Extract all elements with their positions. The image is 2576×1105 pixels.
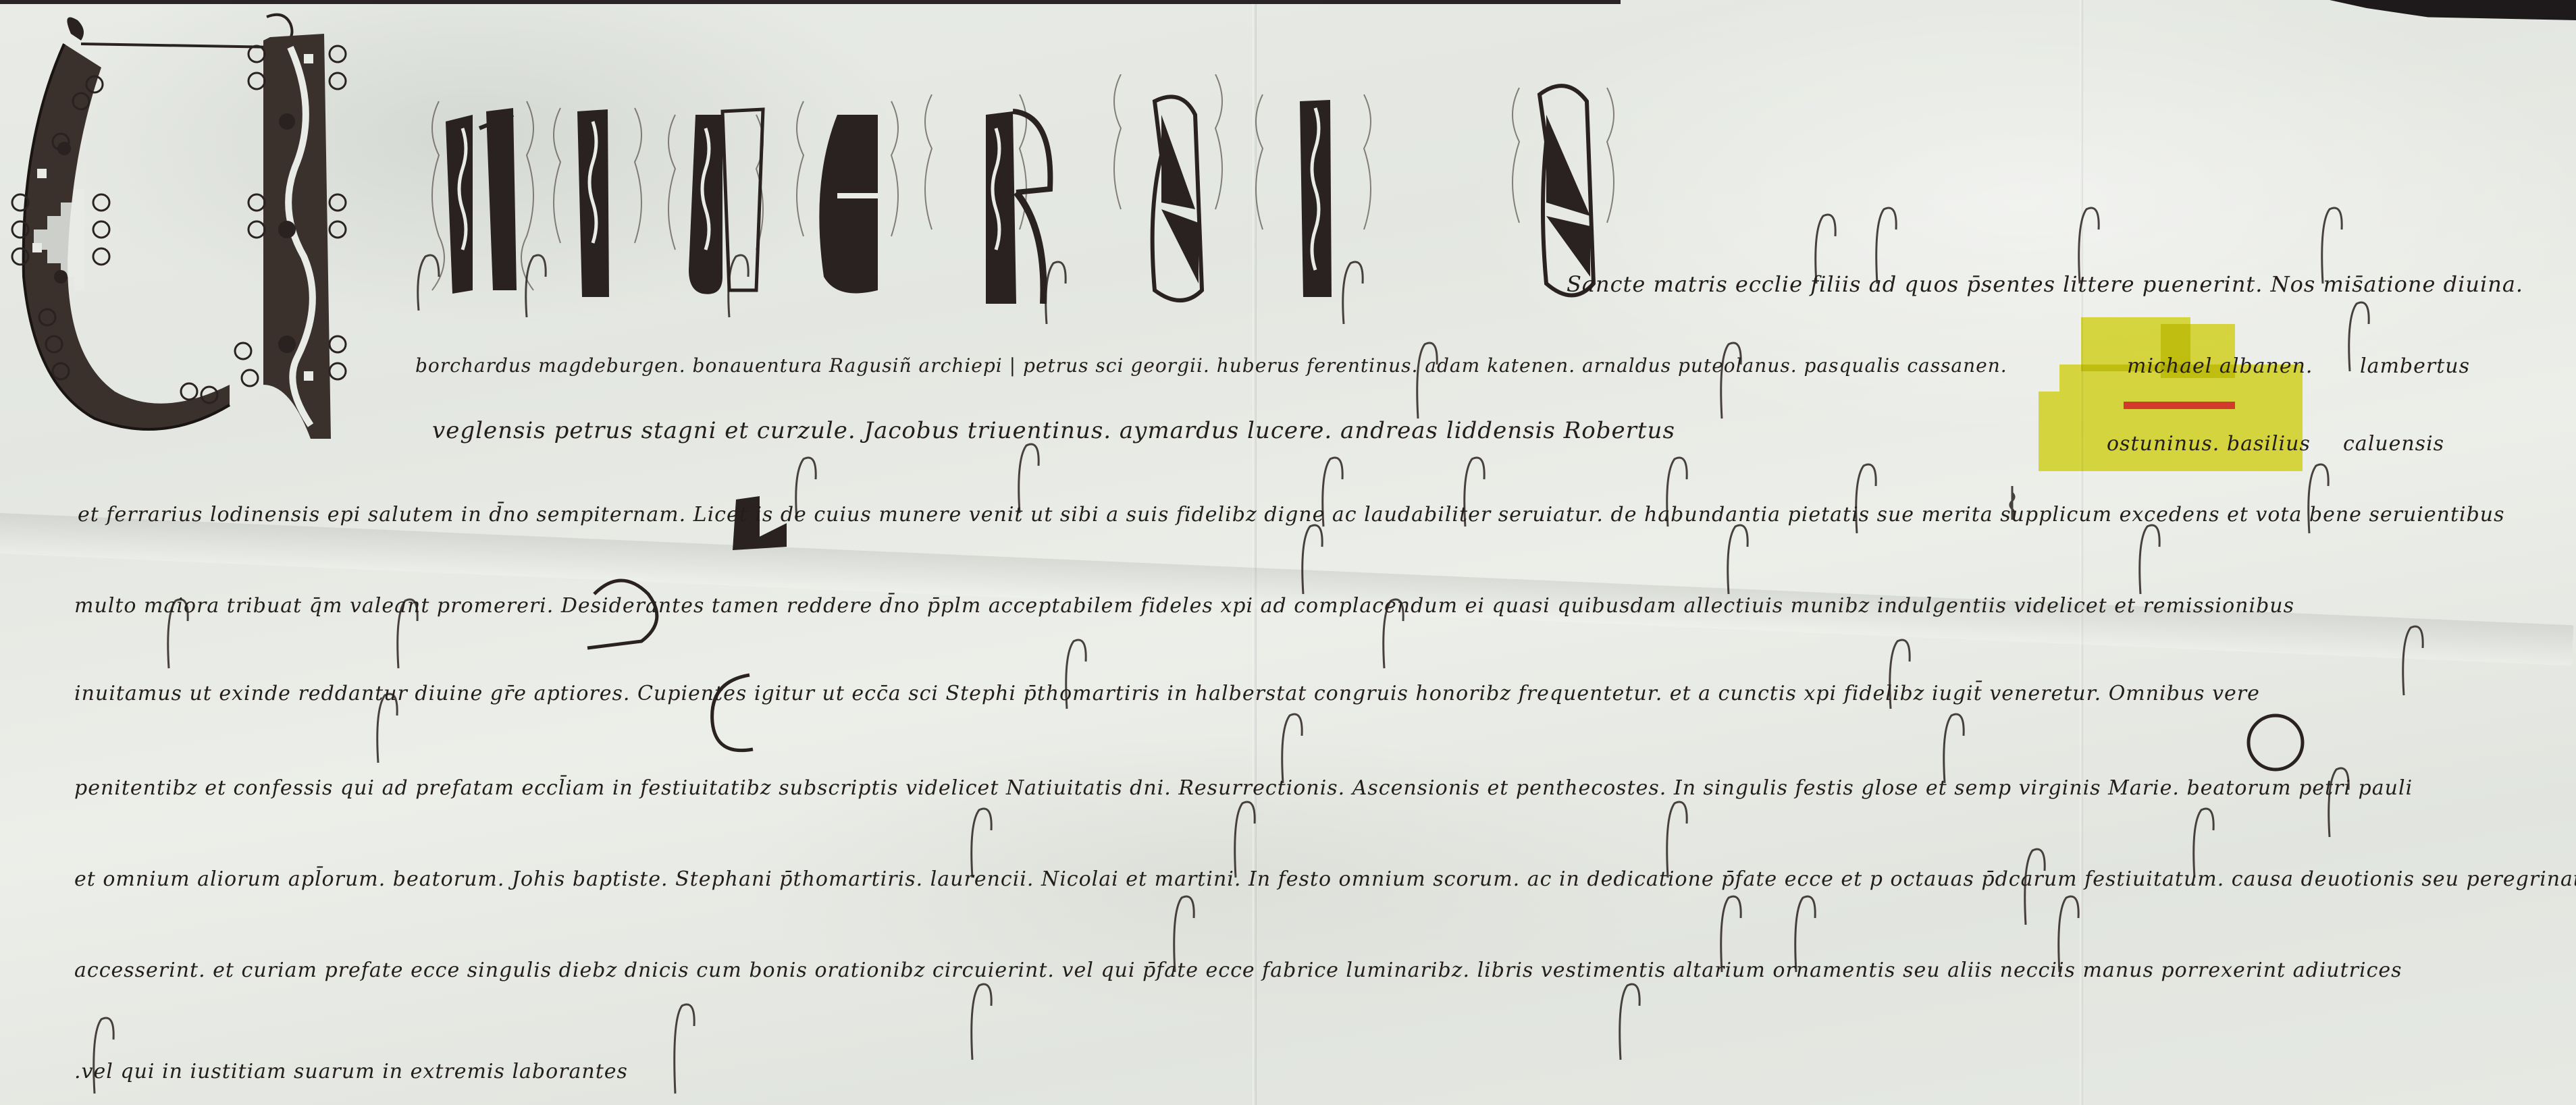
text-line-10: .vel qui in iustitiam suarum in extremis… [74, 1060, 628, 1083]
text-line-3b: ostuninus. basilius [2107, 432, 2311, 456]
text-line-1: Sancte matris ecclie filiis ad quos p̄se… [1567, 271, 2523, 297]
parchment-fold-vertical [2080, 0, 2083, 1105]
red-underline-mark [2124, 402, 2235, 409]
text-line-4: et ferrarius lodinensis epi salutem in d… [78, 503, 2505, 527]
text-line-7: penitentibz et confessis qui ad prefatam… [74, 776, 2413, 800]
scan-border-top [0, 0, 1621, 4]
text-line-2a: borchardus magdeburgen. bonauentura Ragu… [415, 354, 2007, 377]
text-line-8: et omnium aliorum apl̄orum. beatorum. Jo… [74, 867, 2576, 891]
text-line-2c: lambertus [2360, 354, 2470, 378]
decorated-initial-u [7, 7, 432, 452]
highlighted-name: michael albanen. [2127, 354, 2313, 378]
text-line-6: inuitamus ut exinde reddantur diuine gr̄… [74, 682, 2260, 705]
text-line-3c: caluensis [2343, 432, 2444, 456]
ornamented-capitals [405, 74, 1621, 304]
text-line-5: multo maiora tribuat q̄m valeant promere… [74, 594, 2294, 618]
text-line-3a: veglensis petrus stagni et curzule. Jaco… [432, 417, 1675, 444]
text-line-9: accesserint. et curiam prefate ecce sing… [74, 959, 2402, 982]
